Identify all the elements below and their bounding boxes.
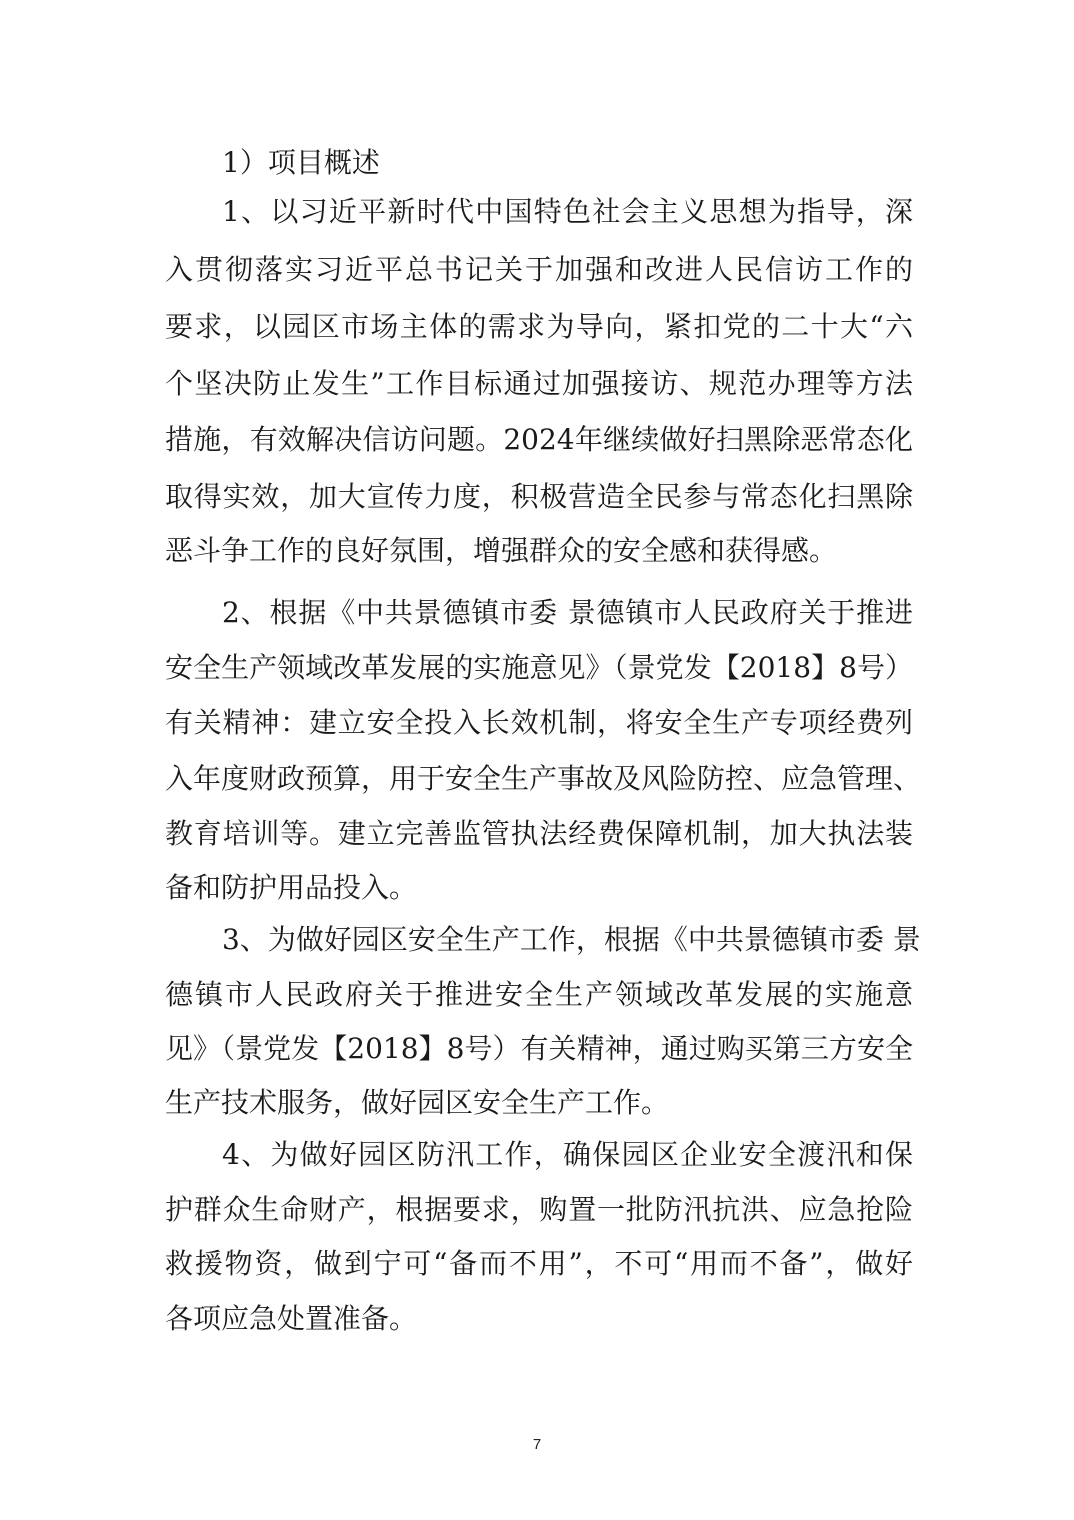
paragraph-line: 有关精神：建立安全投入长效机制，将安全生产专项经费列 [165,706,913,740]
paragraph-line: 1、以习近平新时代中国特色社会主义思想为指导，深 [222,195,913,229]
paragraph-line: 救援物资，做到宁可“备而不用”，不可“用而不备”，做好 [165,1247,913,1281]
paragraph-line: 入贯彻落实习近平总书记关于加强和改进人民信访工作的 [165,253,913,287]
paragraph-line: 恶斗争工作的良好氛围，增强群众的安全感和获得感。 [165,534,913,568]
paragraph-line: 护群众生命财产，根据要求，购置一批防汛抗洪、应急抢险 [165,1193,913,1227]
paragraph-line: 3、为做好园区安全生产工作，根据《中共景德镇市委 景 [222,923,913,957]
paragraph-line: 安全生产领域改革发展的实施意见》（景党发【2018】8号） [165,651,913,685]
paragraph-line: 德镇市人民政府关于推进安全生产领域改革发展的实施意 [165,978,913,1012]
page-number: 7 [0,1436,1074,1453]
paragraph-line: 取得实效，加大宣传力度，积极营造全民参与常态化扫黑除 [165,480,913,514]
paragraph-line: 生产技术服务，做好园区安全生产工作。 [165,1086,913,1120]
paragraph-line: 4、为做好园区防汛工作，确保园区企业安全渡汛和保 [222,1138,913,1172]
paragraph-line: 2、根据《中共景德镇市委 景德镇市人民政府关于推进 [222,596,913,630]
section-heading: 1）项目概述 [222,146,380,180]
paragraph-line: 见》（景党发【2018】8号）有关精神，通过购买第三方安全 [165,1032,913,1066]
paragraph-line: 要求，以园区市场主体的需求为导向，紧扣党的二十大“六 [165,310,913,344]
paragraph-line: 各项应急处置准备。 [165,1302,913,1336]
paragraph-line: 备和防护用品投入。 [165,871,913,905]
paragraph-line: 个坚决防止发生”工作目标通过加强接访、规范办理等方法 [165,367,913,401]
paragraph-line: 入年度财政预算，用于安全生产事故及风险防控、应急管理、 [165,762,913,796]
paragraph-line: 教育培训等。建立完善监管执法经费保障机制，加大执法装 [165,817,913,851]
document-page: 1）项目概述 1、以习近平新时代中国特色社会主义思想为指导，深 入贯彻落实习近平… [0,0,1074,1520]
paragraph-line: 措施，有效解决信访问题。2024年继续做好扫黑除恶常态化 [165,423,913,457]
